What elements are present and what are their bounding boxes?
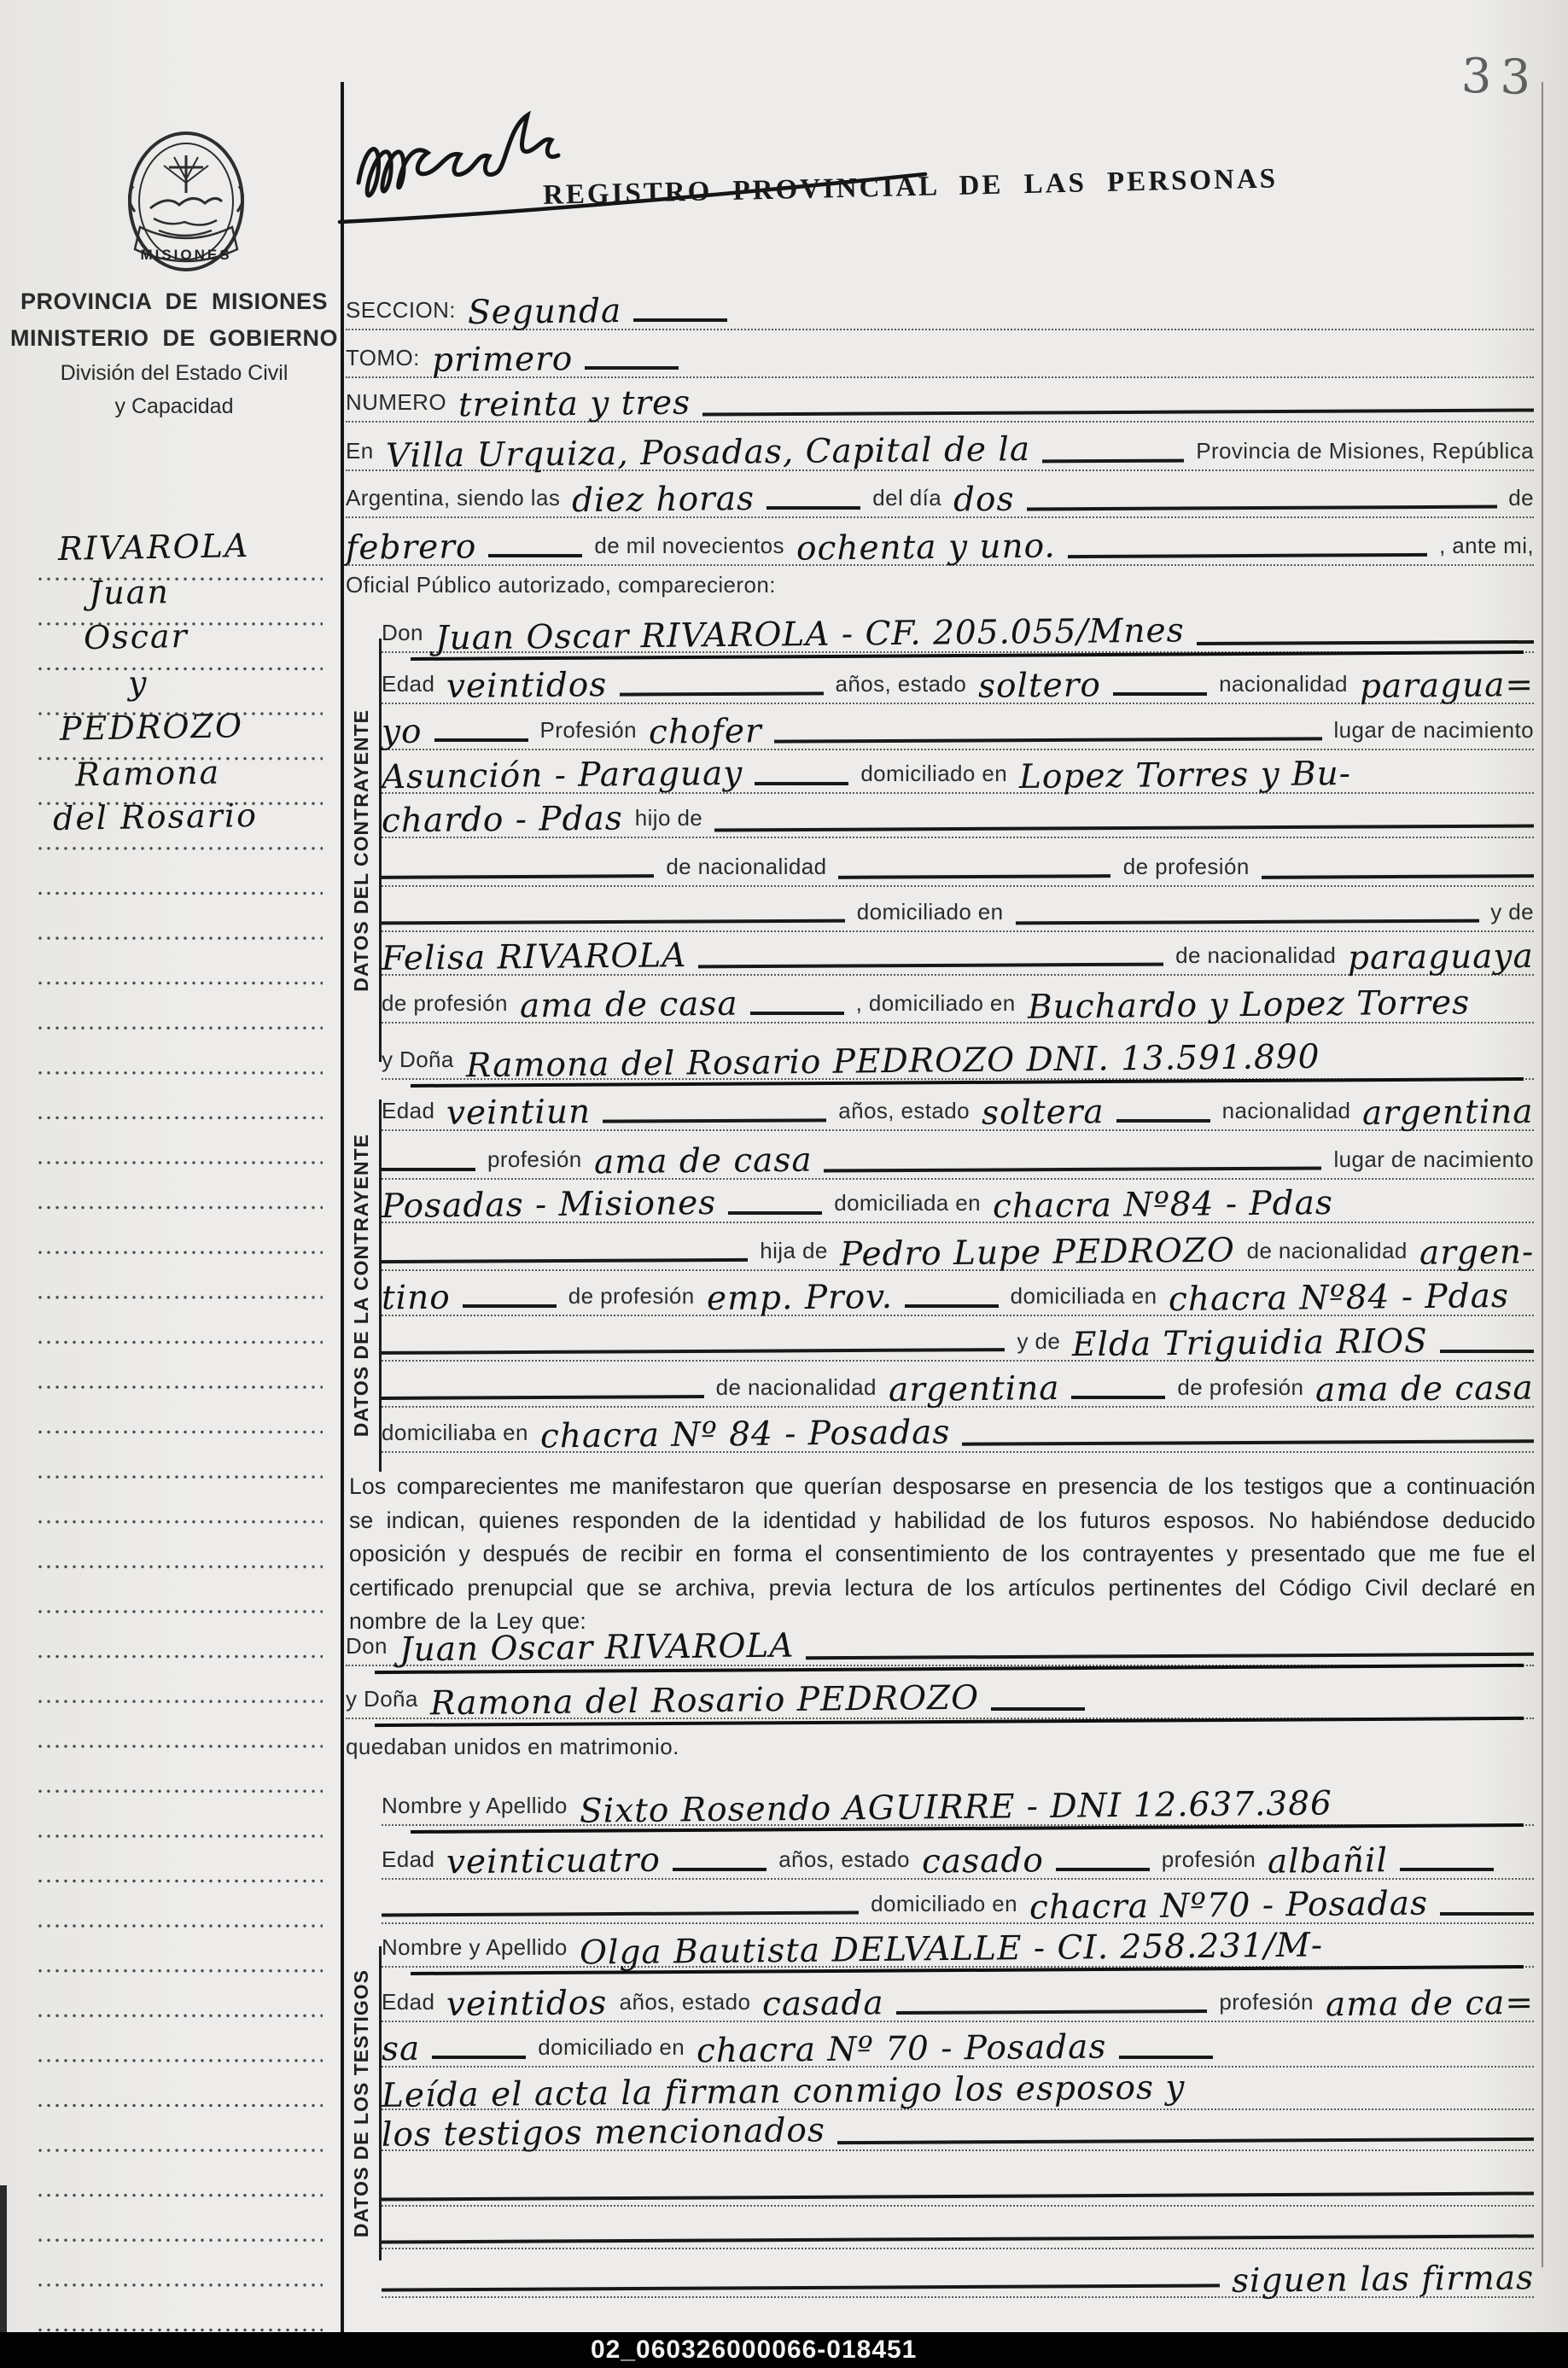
form-row: EnVilla Urquiza, Posadas, Capital de laP… xyxy=(346,425,1534,471)
ink-line xyxy=(382,1395,704,1400)
registry-certificate-page: 33 REGISTRO PROVINCIAL DE LAS PERSONAS M… xyxy=(0,0,1568,2368)
ink-line xyxy=(1027,505,1497,511)
printed-label: profesión xyxy=(1162,1848,1256,1878)
ink-line xyxy=(1016,919,1479,925)
form-row: domiciliaba enchacra Nº 84 - Posadas xyxy=(382,1407,1534,1453)
form-row: profesiónama de casalugar de nacimiento xyxy=(382,1134,1534,1180)
ink-dash xyxy=(488,554,582,557)
handwritten-entry: primero xyxy=(432,344,574,377)
handwritten-entry: siguen las firmas xyxy=(1232,2263,1534,2298)
form-row: SECCION:Segunda xyxy=(346,284,1534,330)
printed-label: nacionalidad xyxy=(1222,1099,1351,1129)
form-row: Oficial Público autorizado, compareciero… xyxy=(346,559,1534,604)
form-row: Leída el acta la firman conmigo los espo… xyxy=(382,2064,1534,2110)
ink-dash xyxy=(463,1304,557,1308)
handwritten-entry: Posadas - Misiones xyxy=(382,1188,717,1223)
ink-line xyxy=(774,737,1322,743)
handwritten-entry: argentina xyxy=(889,1374,1060,1407)
handwritten-entry: Ramona del Rosario PEDROZO xyxy=(430,1683,980,1721)
printed-label: En xyxy=(346,440,374,470)
form-row: DonJuan Oscar RIVAROLA - CF. 205.055/Mne… xyxy=(382,607,1534,653)
handwritten-entry: ama de casa xyxy=(593,1146,812,1180)
handwritten-entry: chofer xyxy=(649,716,762,749)
ink-line xyxy=(382,1911,859,1917)
form-row: Nombre y ApellidoOlga Bautista DELVALLE … xyxy=(382,1922,1534,1968)
handwritten-entry: sa xyxy=(382,2034,421,2067)
ink-line xyxy=(824,1166,1321,1172)
margin-name: RIVAROLA xyxy=(58,527,250,568)
printed-label: Don xyxy=(346,1635,388,1665)
ink-line xyxy=(837,2138,1534,2144)
form-row: hija dePedro Lupe PEDROZOde nacionalidad… xyxy=(382,1225,1534,1271)
handwritten-entry: chardo - Pdas xyxy=(382,803,623,837)
printed-label: años, estado xyxy=(778,1848,910,1878)
form-row: y DoñaRamona del Rosario PEDROZO xyxy=(346,1673,1534,1719)
digitization-code: 02_060326000066-018451 xyxy=(591,2336,917,2365)
handwritten-entry: Felisa RIVAROLA xyxy=(382,941,687,976)
ink-line xyxy=(1042,459,1184,464)
margin-name: Oscar xyxy=(84,617,189,656)
handwritten-entry: ama de casa xyxy=(1315,1374,1534,1408)
form-row xyxy=(382,2203,1534,2249)
ink-line xyxy=(382,2283,1220,2291)
form-row: chardo - Pdashijo de xyxy=(382,792,1534,838)
form-row: Asunción - Paraguaydomiciliado enLopez T… xyxy=(382,748,1534,794)
form-row: Edadveintidosaños, estadosolteronacional… xyxy=(382,658,1534,704)
letterhead-ministry: MINISTERIO DE GOBIERNO xyxy=(7,320,341,357)
ink-dash xyxy=(434,738,528,742)
handwritten-entry: treinta y tres xyxy=(458,388,691,422)
printed-label: domiciliada en xyxy=(834,1192,981,1222)
form-row: yoProfesiónchoferlugar de nacimiento xyxy=(382,704,1534,750)
ink-line xyxy=(896,2009,1207,2015)
provincial-seal-icon: MISIONES xyxy=(121,126,251,289)
printed-label: , domiciliado en xyxy=(856,992,1016,1022)
ink-line xyxy=(698,963,1163,969)
handwritten-entry: Juan Oscar RIVAROLA xyxy=(399,1630,795,1666)
printed-label: profesión xyxy=(487,1148,582,1178)
handwritten-entry: ama de casa xyxy=(520,989,738,1024)
printed-label: domiciliaba en xyxy=(382,1421,528,1451)
handwritten-entry: veintidos xyxy=(446,670,608,703)
printed-label: de profesión xyxy=(568,1285,695,1315)
printed-label: y Doña xyxy=(346,1688,418,1718)
form-row: domiciliado enchacra Nº70 - Posadas xyxy=(382,1878,1534,1924)
form-row: DonJuan Oscar RIVAROLA xyxy=(346,1620,1534,1666)
handwritten-entry: dos xyxy=(953,485,1015,517)
handwritten-entry: los testigos mencionados xyxy=(382,2115,825,2152)
handwritten-entry: diez horas xyxy=(572,484,755,517)
printed-label: lugar de nacimiento xyxy=(1333,1148,1534,1178)
ink-dash xyxy=(767,506,860,510)
handwritten-entry: yo xyxy=(382,717,423,749)
handwritten-entry: Elda Triguidia RIOS xyxy=(1072,1327,1428,1362)
handwritten-entry: Villa Urquiza, Posadas, Capital de la xyxy=(385,435,1029,473)
ink-line xyxy=(382,919,845,925)
letterhead-province: PROVINCIA DE MISIONES xyxy=(7,283,341,320)
handwritten-entry: tino xyxy=(382,1282,451,1315)
ink-dash xyxy=(1119,2056,1213,2059)
handwritten-entry: Sixto Rosendo AGUIRRE - DNI 12.637.386 xyxy=(580,1788,1332,1828)
handwritten-entry: paragua= xyxy=(1360,670,1535,703)
printed-label: profesión xyxy=(1219,1991,1314,2021)
printed-label: Nombre y Apellido xyxy=(382,1936,568,1966)
handwritten-entry: argen- xyxy=(1419,1237,1535,1269)
form-row: los testigos mencionados xyxy=(382,2105,1534,2151)
declaration-paragraph: Los comparecientes me manifestaron que q… xyxy=(349,1470,1536,1639)
printed-label: SECCION: xyxy=(346,299,456,329)
printed-label: Edad xyxy=(382,1099,434,1129)
printed-label: Nombre y Apellido xyxy=(382,1794,568,1824)
ink-line xyxy=(1262,874,1534,879)
handwritten-entry: Buchardo y Lopez Torres xyxy=(1027,988,1469,1024)
handwritten-entry: casada xyxy=(762,1988,884,2021)
margin-name: Ramona xyxy=(75,754,221,794)
form-row: sadomiciliado enchacra Nº 70 - Posadas xyxy=(382,2021,1534,2068)
handwritten-entry: emp. Prov. xyxy=(706,1282,892,1315)
handwritten-entry: paraguaya xyxy=(1348,942,1534,975)
letterhead-division: División del Estado Civil xyxy=(7,357,341,390)
printed-label: hija de xyxy=(760,1239,827,1269)
form-row: de profesiónama de casa, domiciliado enB… xyxy=(382,977,1534,1024)
form-row: quedaban unidos en matrimonio. xyxy=(346,1721,1534,1765)
ink-line xyxy=(382,874,654,879)
ink-line xyxy=(806,1653,1534,1659)
printed-label: domiciliado en xyxy=(538,2036,685,2066)
printed-label: NUMERO xyxy=(346,391,446,421)
form-row: Nombre y ApellidoSixto Rosendo AGUIRRE -… xyxy=(382,1780,1534,1826)
handwritten-entry: Juan Oscar RIVAROLA - CF. 205.055/Mnes xyxy=(435,615,1185,655)
ink-dash xyxy=(432,2056,526,2059)
ink-dash xyxy=(1071,1396,1165,1399)
ink-line xyxy=(714,824,1534,831)
handwritten-entry: chacra Nº84 - Pdas xyxy=(1169,1281,1509,1316)
printed-label: domiciliado en xyxy=(871,1893,1017,1922)
printed-label: Edad xyxy=(382,1991,434,2021)
form-row: de nacionalidadargentinade profesiónama … xyxy=(382,1362,1534,1408)
handwritten-entry: Lopez Torres y Bu- xyxy=(1019,759,1351,794)
margin-name: del Rosario xyxy=(53,796,259,837)
printed-label: de profesión xyxy=(1123,855,1250,885)
form-row: de nacionalidadde profesión xyxy=(382,841,1534,887)
printed-label: años, estado xyxy=(836,673,967,703)
ink-dash xyxy=(633,318,727,322)
ink-line xyxy=(603,1118,826,1123)
form-row: TOMO:primero xyxy=(346,332,1534,378)
form-row xyxy=(382,2161,1534,2207)
form-row: NUMEROtreinta y tres xyxy=(346,376,1534,423)
printed-label: quedaban unidos en matrimonio. xyxy=(346,1735,679,1765)
printed-label: de profesión xyxy=(1177,1376,1303,1406)
handwritten-entry: argentina xyxy=(1362,1097,1534,1130)
ink-line xyxy=(382,1258,748,1263)
ink-dash xyxy=(728,1211,822,1215)
ink-line xyxy=(702,408,1534,416)
printed-label: de profesión xyxy=(382,992,508,1022)
letterhead-division-2: y Capacidad xyxy=(7,390,341,423)
handwritten-entry: Ramona del Rosario PEDROZO DNI. 13.591.8… xyxy=(466,1042,1320,1083)
handwritten-entry: veinticuatro xyxy=(446,1846,661,1880)
printed-label: años, estado xyxy=(838,1099,970,1129)
handwritten-entry: soltera xyxy=(982,1097,1105,1130)
printed-label: Edad xyxy=(382,673,434,703)
handwritten-entry: soltero xyxy=(978,670,1101,703)
ink-dash xyxy=(1400,1868,1494,1871)
printed-label: Profesión xyxy=(540,719,637,749)
printed-label: Don xyxy=(382,621,423,651)
margin-name: Juan xyxy=(89,573,171,612)
form-row: tinode profesiónemp. Prov.domiciliada en… xyxy=(382,1270,1534,1316)
printed-label: y de xyxy=(1490,901,1534,930)
handwritten-entry: albañil xyxy=(1268,1846,1388,1879)
ink-line xyxy=(382,2234,1534,2243)
ink-dash xyxy=(1113,692,1207,696)
form-row: siguen las firmas xyxy=(382,2252,1534,2298)
form-row: Edadveintiunaños, estadosolteranacionali… xyxy=(382,1085,1534,1131)
handwritten-entry: Pedro Lupe PEDROZO xyxy=(840,1235,1235,1271)
ink-dash xyxy=(1056,1868,1150,1871)
printed-label: y Doña xyxy=(382,1048,454,1078)
printed-label: lugar de nacimiento xyxy=(1333,719,1534,749)
handwritten-entry: casado xyxy=(922,1846,1044,1879)
ink-line xyxy=(382,1348,1005,1355)
ink-dash xyxy=(755,782,848,785)
handwritten-entry: ama de ca= xyxy=(1326,1988,1534,2022)
printed-label: domiciliada en xyxy=(1011,1285,1157,1315)
printed-label: hijo de xyxy=(635,807,702,837)
printed-label: años, estado xyxy=(620,1991,751,2021)
printed-label: y de xyxy=(1017,1330,1060,1360)
form-row: Argentina, siendo lasdiez horasdel díado… xyxy=(346,472,1534,518)
form-row: y DoñaRamona del Rosario PEDROZO DNI. 13… xyxy=(382,1034,1534,1080)
handwritten-entry: chacra Nº 84 - Posadas xyxy=(540,1417,951,1453)
ink-line xyxy=(1197,640,1534,645)
handwritten-entry: veintiun xyxy=(446,1097,591,1130)
handwritten-entry: veintidos xyxy=(446,1988,608,2021)
margin-name: PEDROZO xyxy=(60,707,244,748)
ink-dash xyxy=(1440,1350,1534,1353)
printed-label: Argentina, siendo las xyxy=(346,487,560,516)
printed-label: del día xyxy=(872,487,941,516)
form-row: y deElda Triguidia RIOS xyxy=(382,1315,1534,1362)
handwritten-entry: chacra Nº70 - Posadas xyxy=(1029,1888,1428,1924)
printed-label: domiciliado en xyxy=(857,901,1004,930)
handwritten-entry: Segunda xyxy=(468,296,622,330)
printed-label: Provincia de Misiones, República xyxy=(1196,440,1534,470)
form-row: Posadas - Misionesdomiciliada enchacra N… xyxy=(382,1177,1534,1223)
printed-label: Edad xyxy=(382,1848,434,1878)
printed-label: de nacionalidad xyxy=(1175,944,1336,974)
ink-dash xyxy=(750,1012,844,1015)
ink-line xyxy=(620,691,824,696)
ink-dash xyxy=(991,1707,1085,1711)
printed-label: domiciliado en xyxy=(860,762,1007,792)
printed-label: de nacionalidad xyxy=(1247,1239,1408,1269)
handwritten-entry: Olga Bautista DELVALLE - CI. 258.231/M- xyxy=(580,1930,1323,1969)
form-row: Edadveintidosaños, estadocasadaprofesión… xyxy=(382,1976,1534,2022)
printed-label: de xyxy=(1508,487,1534,516)
seal-banner-label: MISIONES xyxy=(140,247,231,263)
form-body: Los comparecientes me manifestaron que q… xyxy=(346,0,1539,2368)
handwritten-entry: chacra Nº84 - Pdas xyxy=(993,1188,1333,1223)
printed-label: de nacionalidad xyxy=(716,1376,877,1406)
ink-dash xyxy=(673,1868,767,1871)
printed-label: de nacionalidad xyxy=(666,855,826,885)
ink-dash xyxy=(1116,1119,1210,1123)
ink-dash xyxy=(1440,1912,1534,1916)
form-row: Felisa RIVAROLAde nacionalidadparaguaya xyxy=(382,930,1534,976)
ink-dash xyxy=(905,1304,999,1308)
printed-label: nacionalidad xyxy=(1219,673,1348,703)
page-edge-line xyxy=(1542,82,1543,2267)
printed-label: TOMO: xyxy=(346,347,420,376)
form-row: domiciliado eny de xyxy=(382,886,1534,932)
digitization-footer-bar: 02_060326000066-018451 xyxy=(0,2332,1568,2368)
ink-line xyxy=(382,2191,1534,2201)
margin-name: y xyxy=(128,664,149,702)
ink-line xyxy=(838,874,1110,879)
ink-dash xyxy=(382,1168,475,1171)
ink-line xyxy=(1068,553,1427,558)
handwritten-entry: chacra Nº 70 - Posadas xyxy=(697,2032,1107,2068)
scan-edge-mark xyxy=(0,2185,7,2332)
handwritten-entry: Asunción - Paraguay xyxy=(382,759,743,795)
ink-dash xyxy=(585,366,679,370)
letterhead: PROVINCIA DE MISIONES MINISTERIO DE GOBI… xyxy=(7,283,341,423)
form-row: Edadveinticuatroaños, estadocasadoprofes… xyxy=(382,1834,1534,1880)
printed-label: Oficial Público autorizado, compareciero… xyxy=(346,574,776,604)
ink-line xyxy=(962,1439,1534,1446)
